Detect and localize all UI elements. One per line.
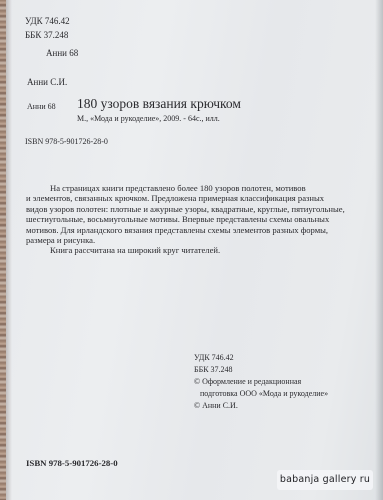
author-name: Анни С.И. bbox=[27, 77, 67, 88]
book-page: УДК 746.42 ББК 37.248 Анни 68 Анни С.И. … bbox=[0, 0, 383, 500]
udk-code-top: УДК 746.42 bbox=[25, 16, 70, 27]
author-mark-title: Анни 68 bbox=[27, 102, 56, 112]
copyright-design-line-2: подготовка ООО «Мода и рукоделие» bbox=[200, 389, 328, 399]
annotation-line: мотивов. Для ирландского вязания предста… bbox=[26, 225, 371, 235]
annotation-line: и элементов, связанных крючком. Предложе… bbox=[26, 193, 371, 203]
annotation-line: видов узоров полотен: плотные и ажурные … bbox=[26, 204, 371, 214]
isbn-top: ISBN 978-5-901726-28-0 bbox=[25, 137, 108, 147]
bbk-code-top: ББК 37.248 bbox=[25, 30, 68, 41]
udk-code-bottom: УДК 746.42 bbox=[194, 353, 234, 363]
book-title: 180 узоров вязания крючком bbox=[77, 96, 241, 111]
annotation: На страницах книги представлено более 18… bbox=[26, 183, 371, 256]
author-mark-top: Анни 68 bbox=[46, 48, 78, 59]
imprint-line: М., «Мода и рукоделие», 2009. - 64с., ил… bbox=[77, 114, 220, 124]
page-edge-shadow bbox=[375, 0, 383, 500]
annotation-line: шестиугольные, восьмиугольные мотивы. Вп… bbox=[26, 214, 371, 224]
watermark: babanja gallery ru bbox=[277, 470, 373, 490]
annotation-closing: Книга рассчитана на широкий круг читател… bbox=[26, 245, 371, 255]
bbk-code-bottom: ББК 37.248 bbox=[194, 365, 233, 375]
isbn-bottom: ISBN 978-5-901726-28-0 bbox=[26, 458, 118, 468]
copyright-design-line-1: © Оформление и редакционная bbox=[194, 377, 301, 387]
copyright-author: © Анни С.И. bbox=[194, 401, 238, 411]
annotation-line: размера и рисунка. bbox=[26, 235, 371, 245]
annotation-line: На страницах книги представлено более 18… bbox=[26, 183, 371, 193]
binding-shadow bbox=[6, 0, 12, 500]
